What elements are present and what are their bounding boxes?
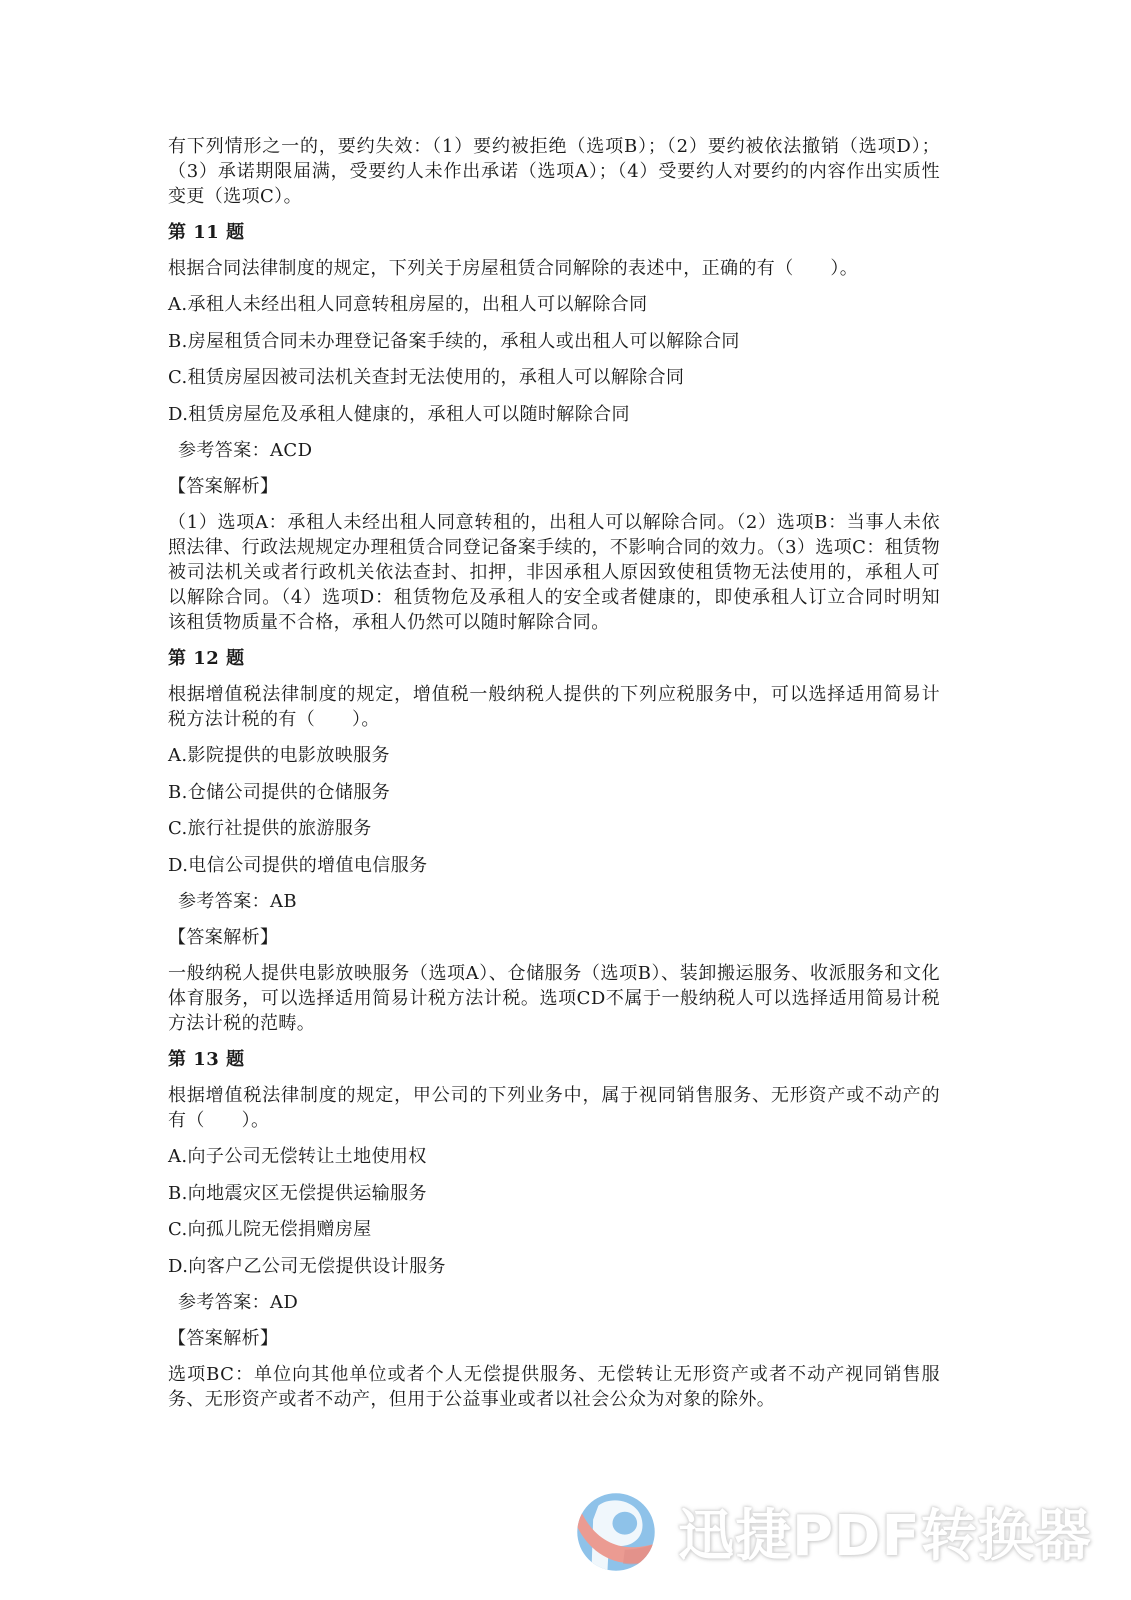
question-title: 第 11 题: [168, 220, 940, 245]
option-a: A.向子公司无偿转让土地使用权: [168, 1144, 940, 1169]
question-title: 第 13 题: [168, 1047, 940, 1072]
option-a: A.影院提供的电影放映服务: [168, 743, 940, 768]
option-c: C.旅行社提供的旅游服务: [168, 816, 940, 841]
option-a: A.承租人未经出租人同意转租房屋的，出租人可以解除合同: [168, 292, 940, 317]
explanation-heading: 【答案解析】: [168, 474, 940, 499]
intro-paragraph: 有下列情形之一的，要约失效：（1）要约被拒绝（选项B）；（2）要约被依法撤销（选…: [168, 134, 940, 209]
option-b: B.仓储公司提供的仓储服务: [168, 780, 940, 805]
question-stem: 根据增值税法律制度的规定，甲公司的下列业务中，属于视同销售服务、无形资产或不动产…: [168, 1083, 940, 1133]
explanation-heading: 【答案解析】: [168, 925, 940, 950]
option-b: B.向地震灾区无偿提供运输服务: [168, 1181, 940, 1206]
xunjie-pdf-logo-icon: [572, 1488, 660, 1576]
option-c: C.向孤儿院无偿捐赠房屋: [168, 1217, 940, 1242]
reference-answer: 参考答案：AB: [168, 889, 940, 914]
explanation-text: （1）选项A：承租人未经出租人同意转租的，出租人可以解除合同。（2）选项B：当事…: [168, 510, 940, 635]
watermark: 迅捷PDF转换器: [572, 1484, 1092, 1580]
option-b: B.房屋租赁合同未办理登记备案手续的，承租人或出租人可以解除合同: [168, 329, 940, 354]
document-page: 有下列情形之一的，要约失效：（1）要约被拒绝（选项B）；（2）要约被依法撤销（选…: [168, 134, 940, 1412]
question-stem: 根据合同法律制度的规定，下列关于房屋租赁合同解除的表述中，正确的有（ ）。: [168, 256, 940, 281]
question-12: 第 12 题 根据增值税法律制度的规定，增值税一般纳税人提供的下列应税服务中，可…: [168, 646, 940, 1036]
option-d: D.电信公司提供的增值电信服务: [168, 853, 940, 878]
question-13: 第 13 题 根据增值税法律制度的规定，甲公司的下列业务中，属于视同销售服务、无…: [168, 1047, 940, 1412]
question-title: 第 12 题: [168, 646, 940, 671]
question-11: 第 11 题 根据合同法律制度的规定，下列关于房屋租赁合同解除的表述中，正确的有…: [168, 220, 940, 635]
option-d: D.租赁房屋危及承租人健康的，承租人可以随时解除合同: [168, 402, 940, 427]
option-d: D.向客户乙公司无偿提供设计服务: [168, 1254, 940, 1279]
explanation-text: 选项BC：单位向其他单位或者个人无偿提供服务、无偿转让无形资产或者不动产视同销售…: [168, 1362, 940, 1412]
reference-answer: 参考答案：AD: [168, 1290, 940, 1315]
explanation-heading: 【答案解析】: [168, 1326, 940, 1351]
question-stem: 根据增值税法律制度的规定，增值税一般纳税人提供的下列应税服务中，可以选择适用简易…: [168, 682, 940, 732]
reference-answer: 参考答案：ACD: [168, 438, 940, 463]
watermark-text: 迅捷PDF转换器: [678, 1492, 1092, 1572]
option-c: C.租赁房屋因被司法机关查封无法使用的，承租人可以解除合同: [168, 365, 940, 390]
explanation-text: 一般纳税人提供电影放映服务（选项A）、仓储服务（选项B）、装卸搬运服务、收派服务…: [168, 961, 940, 1036]
